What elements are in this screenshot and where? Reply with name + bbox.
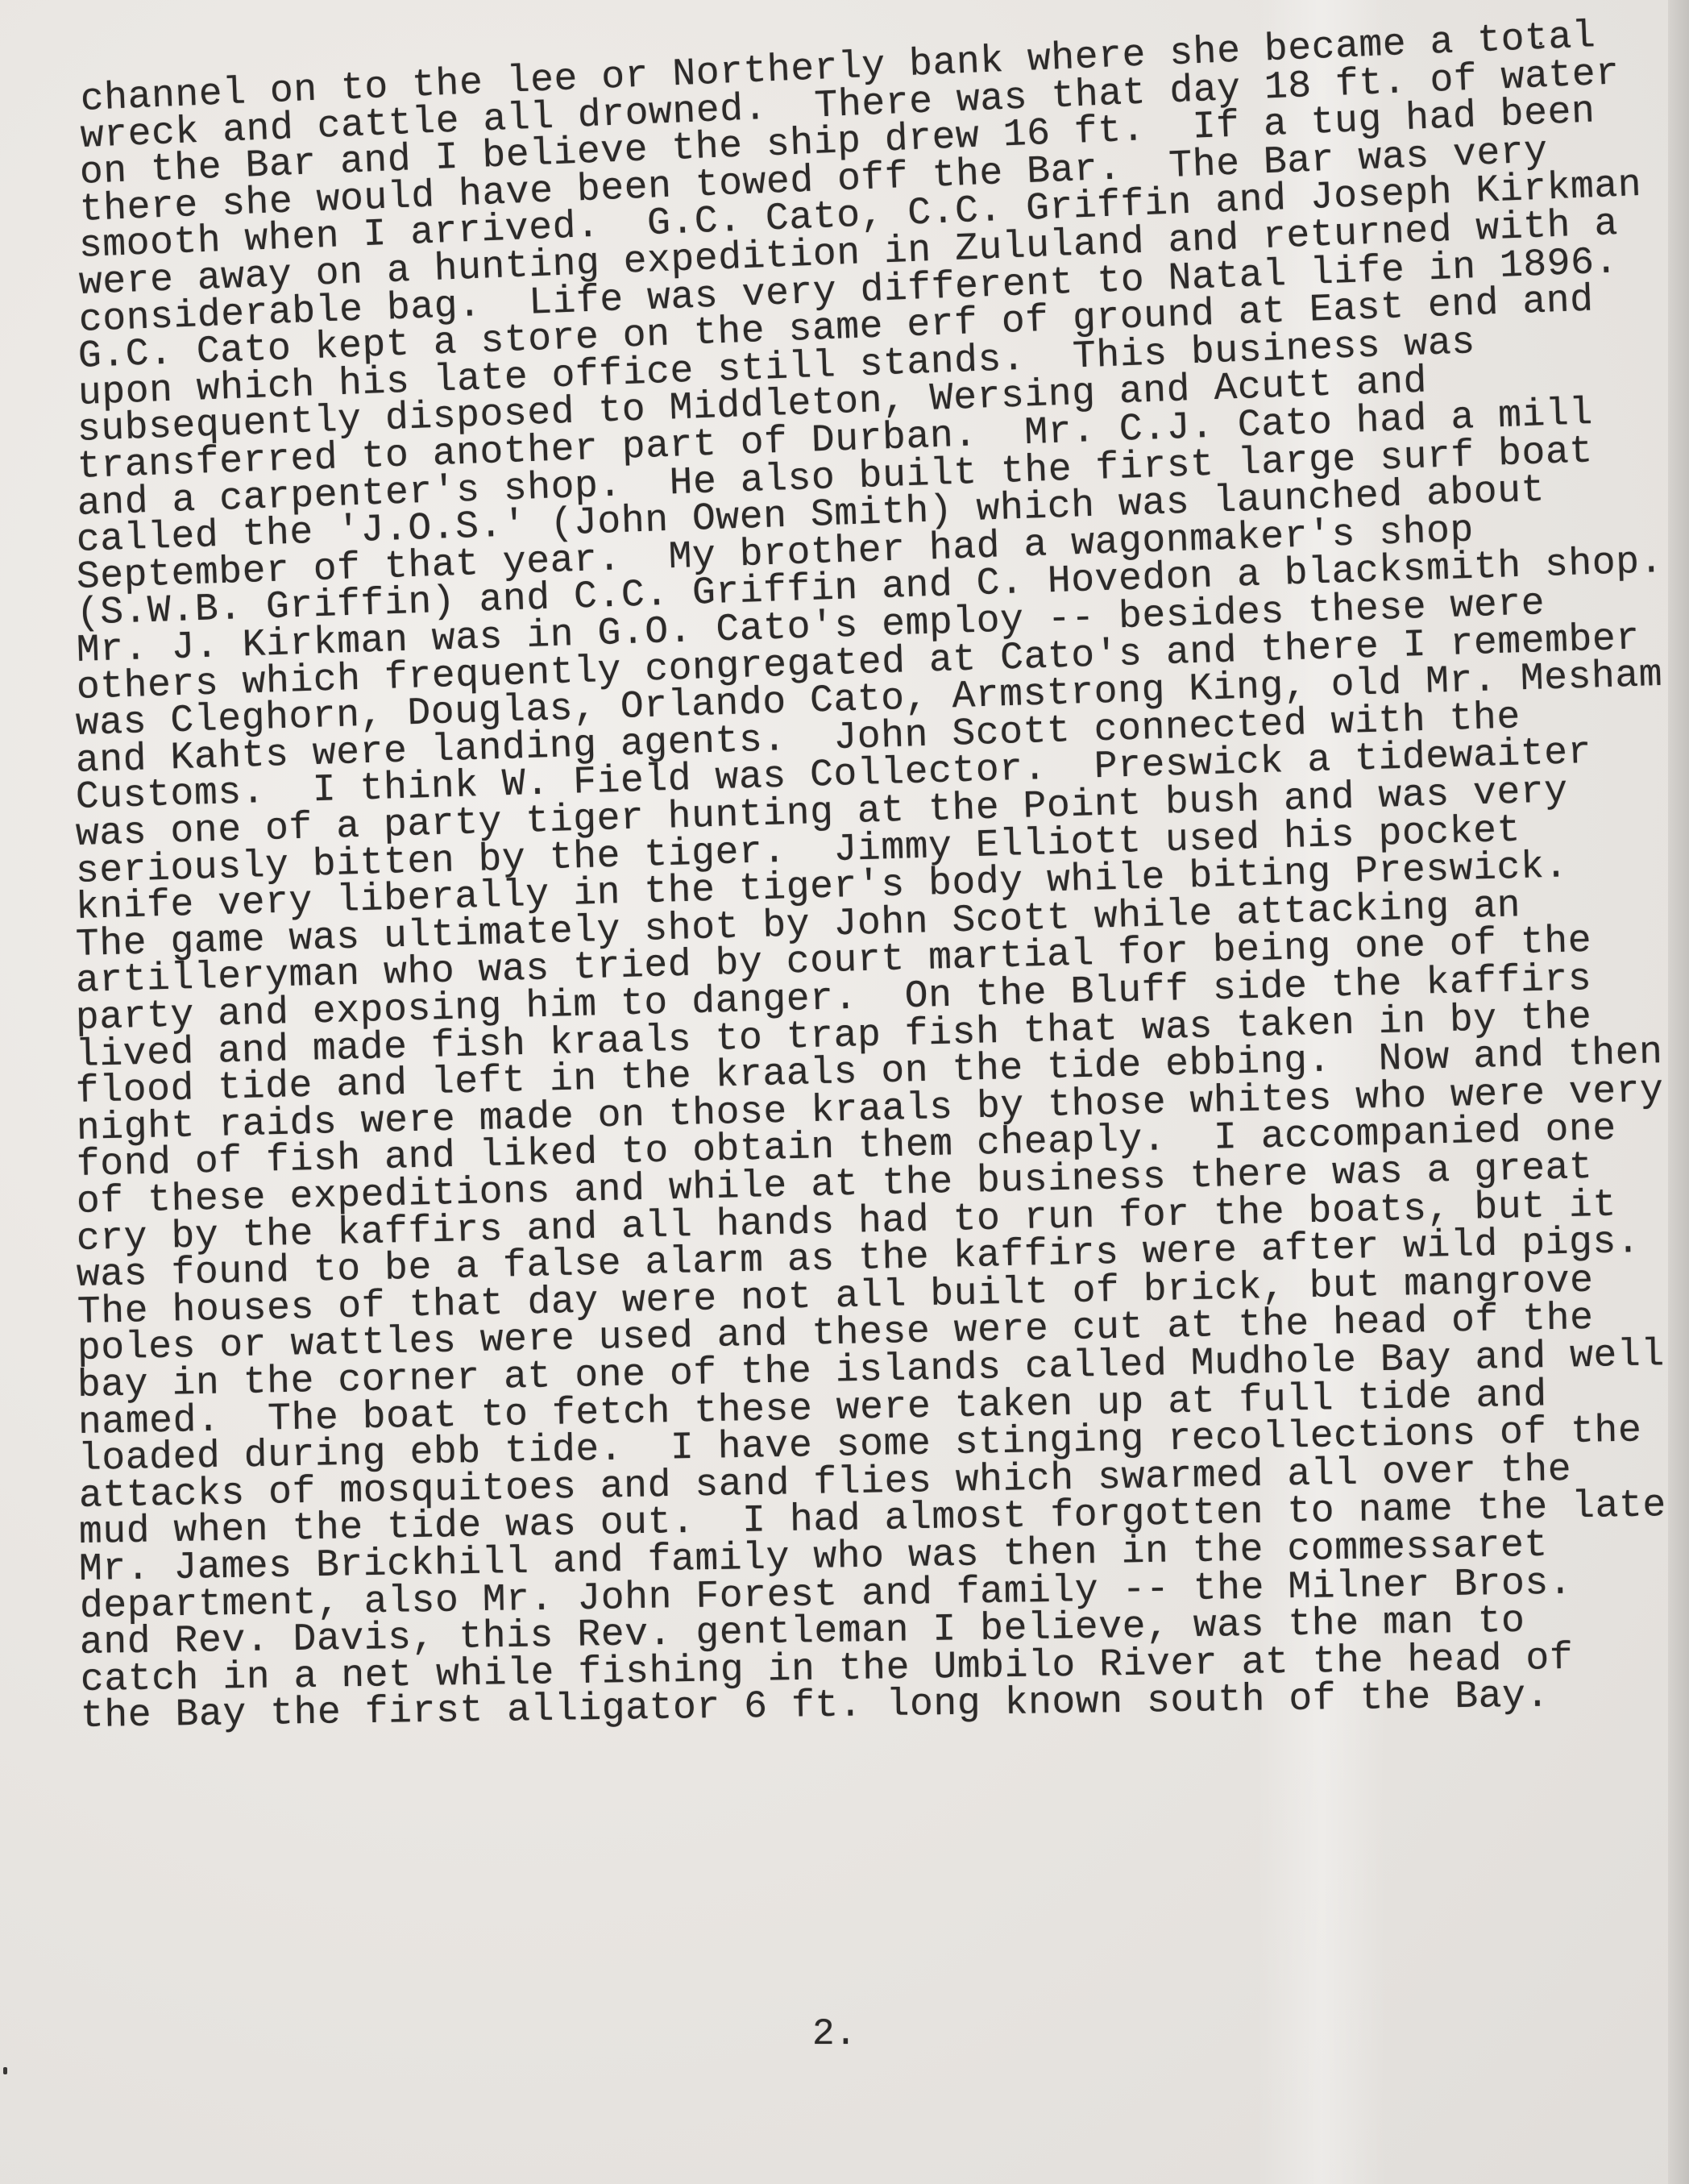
page-number: 2. — [812, 2013, 857, 2055]
typewritten-page: channel on to the lee or Northerly bank … — [0, 0, 1689, 2184]
ink-speck — [1539, 42, 1542, 45]
page-edge-shadow — [1668, 0, 1689, 2184]
ink-speck — [3, 2067, 7, 2074]
